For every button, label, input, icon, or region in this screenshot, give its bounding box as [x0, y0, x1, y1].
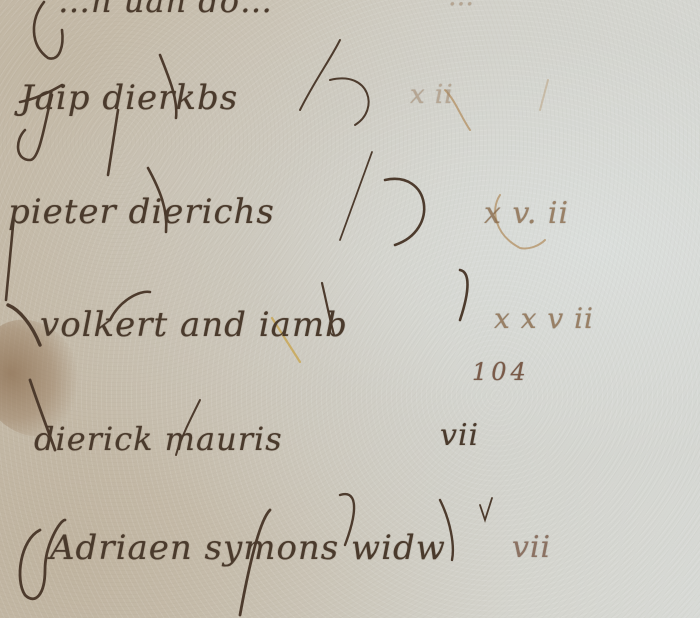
manuscript-line-2: Jaip dierkbs [20, 78, 238, 118]
amount-line-4: x x v ii [494, 302, 594, 335]
margin-number-104: 104 [472, 358, 530, 386]
manuscript-line-3: pieter dierichs [8, 192, 275, 232]
amount-line-2: x ii [410, 80, 454, 110]
amount-line-3: x v. ii [484, 196, 569, 231]
manuscript-line-4: volkert and iamb [40, 305, 348, 345]
manuscript-line-1: …n uan do… [58, 0, 273, 20]
manuscript-page: …n uan do… … Jaip dierkbs x ii pieter di… [0, 0, 700, 618]
manuscript-line-5: dierick mauris [34, 420, 283, 458]
manuscript-line-6: Adriaen symons widw [50, 528, 446, 568]
amount-line-5: vii [440, 418, 479, 453]
amount-line-6: vii [512, 530, 551, 565]
amount-line-1: … [448, 0, 475, 12]
